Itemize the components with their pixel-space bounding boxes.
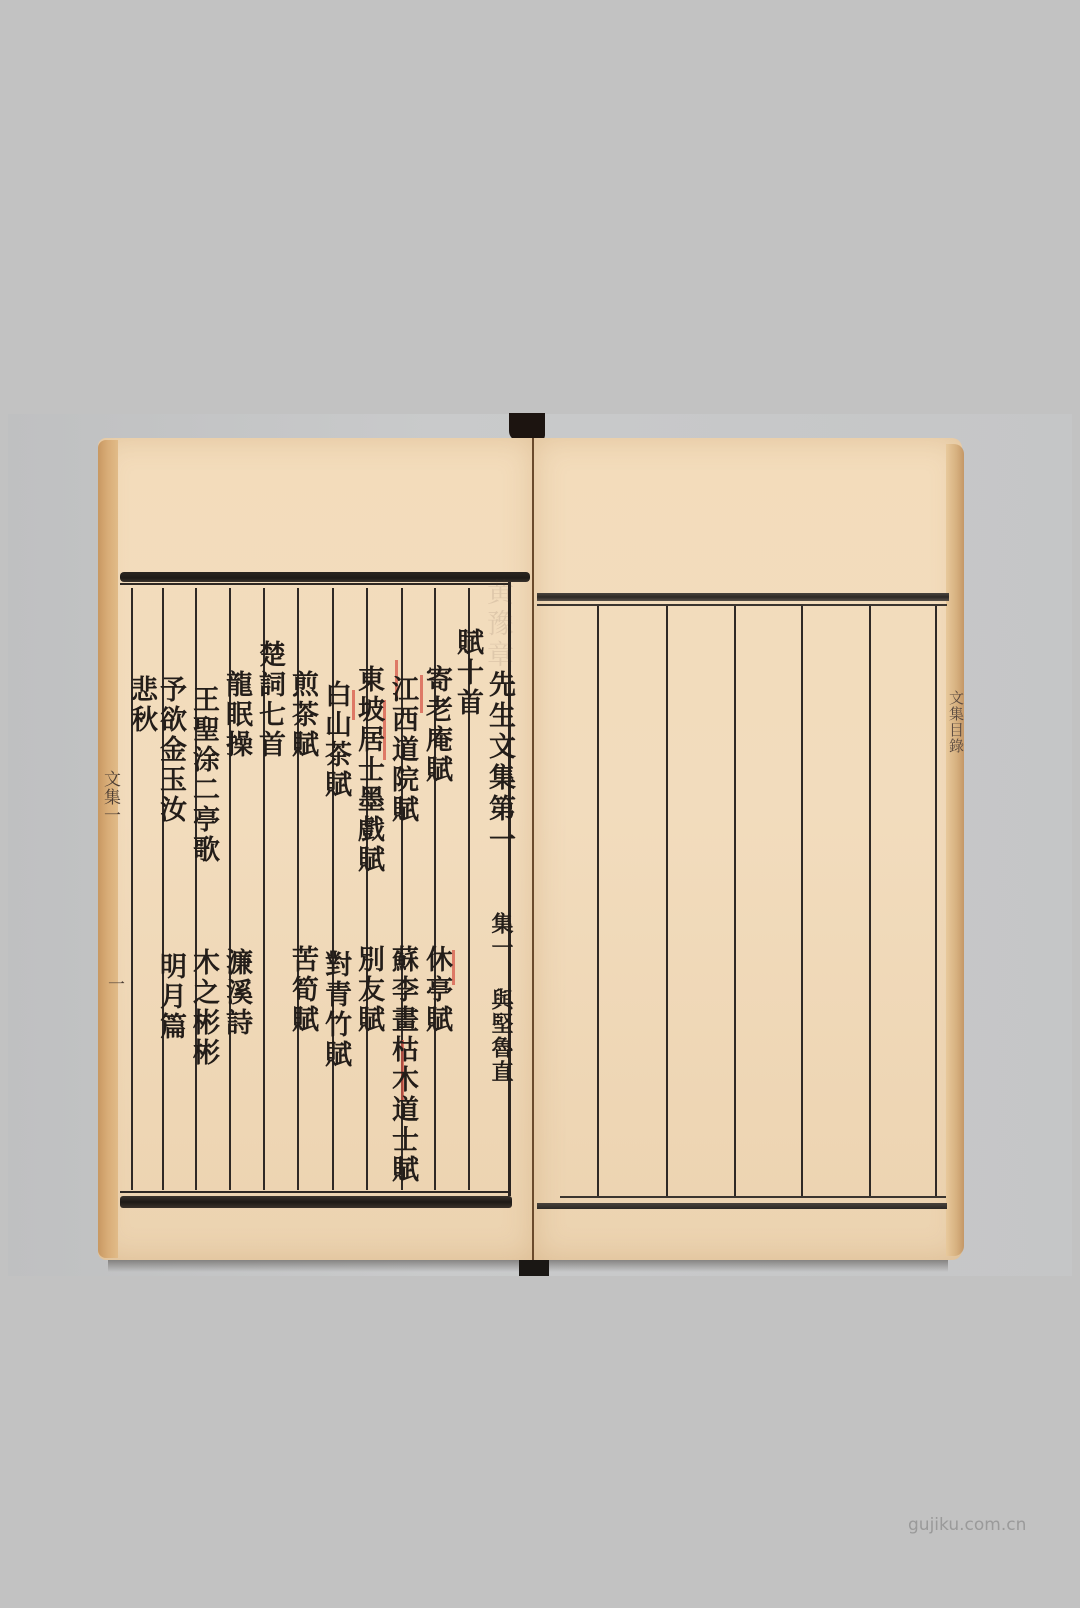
toc-item: 別友賦 — [353, 945, 383, 1035]
section-heading-chuci: 楚詞七首 — [254, 640, 284, 760]
column-rule — [869, 606, 871, 1196]
left-page-fore-edge — [98, 440, 118, 1258]
collection-title: 先生文集第一 — [484, 670, 514, 856]
section-heading-fu: 賦十首 — [452, 628, 482, 718]
column-rule — [666, 606, 668, 1196]
toc-item: 明月篇 — [155, 952, 185, 1042]
left-frame-bottom-rule — [120, 1191, 508, 1193]
fore-edge-label: 文集一 — [98, 770, 123, 824]
column-rule — [734, 606, 736, 1196]
column-rule — [597, 606, 599, 1196]
toc-item: 對青竹賦 — [320, 950, 350, 1070]
compiler-note: 集一 與堅魯直 — [486, 912, 516, 1084]
right-frame-bottom-rule — [560, 1196, 946, 1198]
toc-item: 煎茶賦 — [287, 670, 317, 760]
left-frame-top-border — [120, 572, 530, 582]
toc-item: 寄老庵賦 — [421, 665, 451, 785]
column-rule — [935, 606, 937, 1196]
collection-title-seal-chars: 黄豫章 — [482, 578, 512, 671]
left-frame-top-rule — [120, 583, 508, 585]
left-frame-bottom-border — [120, 1196, 512, 1208]
toc-item: 濂溪詩 — [221, 948, 251, 1038]
red-annotation-mark — [452, 950, 455, 985]
binding-tab — [509, 413, 545, 441]
toc-item: 苦筍賦 — [287, 945, 317, 1035]
toc-item: 悲秋 — [126, 675, 156, 735]
fore-edge-page-number: 一 — [102, 975, 127, 993]
toc-item: 予欲金玉汝 — [155, 675, 185, 825]
site-watermark: gujiku.com.cn — [908, 1515, 1026, 1535]
right-fore-edge-label: 文集目錄 — [946, 690, 967, 754]
toc-item: 蘇李畫枯木道士賦 — [387, 945, 417, 1185]
column-rule — [801, 606, 803, 1196]
column-rule — [195, 588, 197, 1190]
column-rule — [332, 588, 334, 1190]
spine-shadow — [519, 1258, 549, 1276]
toc-item: 白山茶賦 — [320, 680, 350, 800]
right-frame-bottom-border — [537, 1203, 947, 1209]
right-frame-top-border — [537, 593, 949, 601]
toc-item: 王聖涂二亭歌 — [188, 685, 218, 865]
toc-item: 龍眠操 — [221, 670, 251, 760]
toc-item: 江西道院賦 — [387, 675, 417, 825]
right-page-fore-edge — [946, 444, 964, 1256]
toc-item: 休亭賦 — [421, 945, 451, 1035]
toc-item: 東坡居士墨戲賦 — [353, 665, 383, 875]
toc-item: 木之彬彬 — [188, 948, 218, 1068]
